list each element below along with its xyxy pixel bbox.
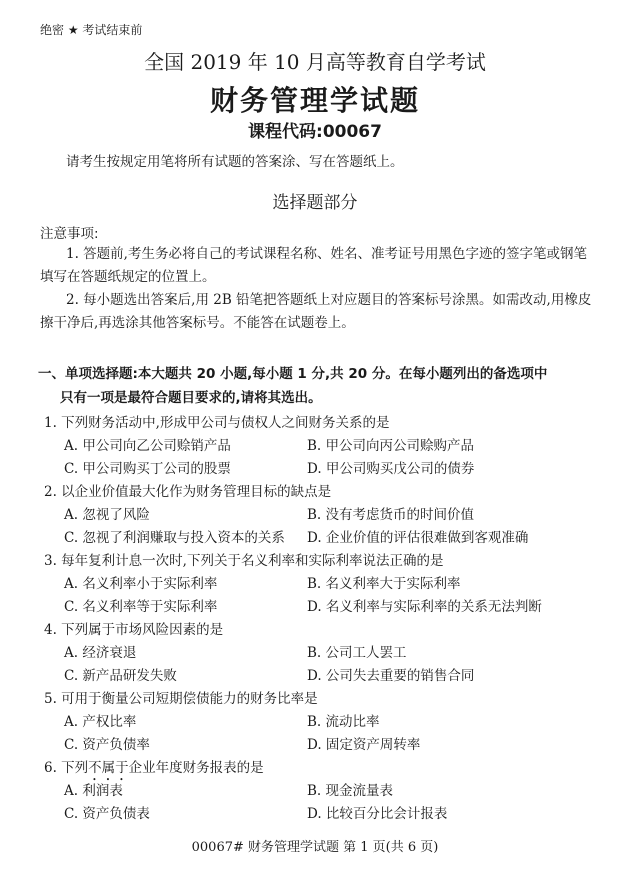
question-6-prefix: 6. 下列	[44, 760, 88, 776]
option-6d: D. 比较百分比会计报表	[307, 802, 447, 822]
question-4: 4. 下列属于市场风险因素的是	[44, 618, 223, 638]
question-6-suffix: 企业年度财务报表的是	[129, 760, 264, 776]
notes-label: 注意事项:	[40, 222, 99, 242]
answer-instruction: 请考生按规定用笔将所有试题的答案涂、写在答题纸上。	[66, 150, 404, 170]
note-item: 2. 每小题选出答案后,用 2B 铅笔把答题纸上对应题目的答案标号涂黑。如需改动…	[40, 289, 595, 335]
section-title: 选择题部分	[0, 188, 630, 213]
option-4c: C. 新产品研发失败	[64, 664, 177, 684]
option-1a: A. 甲公司向乙公司赊销产品	[64, 434, 231, 454]
question-6-emphasis: 不属于	[88, 760, 129, 776]
option-4a: A. 经济衰退	[64, 641, 136, 661]
part-heading: 一、单项选择题:本大题共 20 小题,每小题 1 分,共 20 分。在每小题列出…	[38, 363, 547, 386]
option-2c: C. 忽视了利润赚取与投入资本的关系	[64, 526, 285, 546]
course-code: 课程代码:00067	[0, 117, 630, 142]
option-2b: B. 没有考虑货币的时间价值	[307, 503, 474, 523]
option-2d: D. 企业价值的评估很难做到客观准确	[307, 526, 528, 546]
part-heading-continued: 只有一项是最符合题目要求的,请将其选出。	[60, 386, 322, 406]
question-2: 2. 以企业价值最大化作为财务管理目标的缺点是	[44, 480, 331, 500]
option-1c: C. 甲公司购买丁公司的股票	[64, 457, 231, 477]
option-3a: A. 名义利率小于实际利率	[64, 572, 217, 592]
option-3b: B. 名义利率大于实际利率	[307, 572, 461, 592]
option-5c: C. 资产负债率	[64, 733, 150, 753]
page-footer: 00067# 财务管理学试题 第 1 页(共 6 页)	[0, 836, 630, 855]
option-1d: D. 甲公司购买戊公司的债券	[307, 457, 474, 477]
question-5: 5. 可用于衡量公司短期偿债能力的财务比率是	[44, 687, 318, 707]
note-item: 1. 答题前,考生务必将自己的考试课程名称、姓名、准考证号用黑色字迹的签字笔或钢…	[40, 243, 595, 289]
exam-title: 全国 2019 年 10 月高等教育自学考试	[0, 46, 630, 75]
option-6b: B. 现金流量表	[307, 779, 393, 799]
option-3c: C. 名义利率等于实际利率	[64, 595, 217, 615]
subject-title: 财务管理学试题	[0, 79, 630, 119]
option-4b: B. 公司工人罢工	[307, 641, 407, 661]
option-3d: D. 名义利率与实际利率的关系无法判断	[307, 595, 542, 615]
option-2a: A. 忽视了风险	[64, 503, 150, 523]
confidential-mark: 绝密 ★ 考试结束前	[40, 21, 142, 38]
option-5a: A. 产权比率	[64, 710, 136, 730]
question-3: 3. 每年复利计息一次时,下列关于名义利率和实际利率说法正确的是	[44, 549, 443, 569]
question-1: 1. 下列财务活动中,形成甲公司与债权人之间财务关系的是	[44, 411, 389, 431]
option-1b: B. 甲公司向丙公司赊购产品	[307, 434, 474, 454]
option-4d: D. 公司失去重要的销售合同	[307, 664, 474, 684]
option-6c: C. 资产负债表	[64, 802, 150, 822]
option-5d: D. 固定资产周转率	[307, 733, 420, 753]
option-6a: A. 利润表	[64, 779, 123, 799]
option-5b: B. 流动比率	[307, 710, 380, 730]
